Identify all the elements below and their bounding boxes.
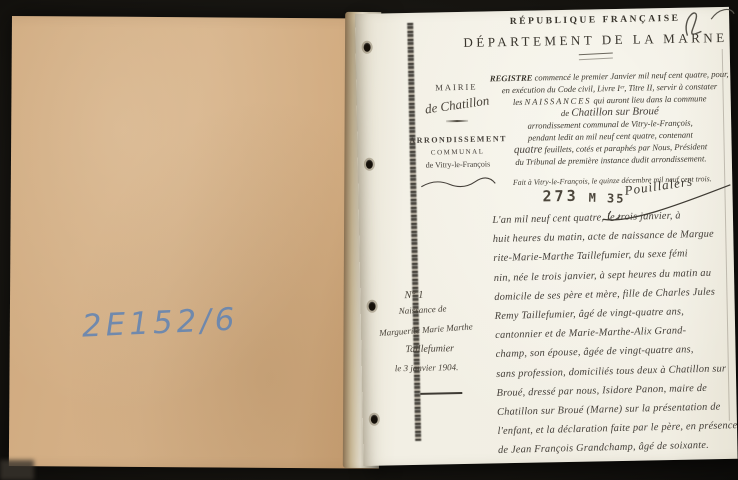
page-header: RÉPUBLIQUE FRANÇAISE DÉPARTEMENT DE LA M… [459, 13, 732, 62]
mairie-rule [446, 120, 468, 122]
margin-note-line: Taillefumier [405, 343, 454, 355]
feuillets-count-fill-in: quatre [514, 143, 543, 156]
register-title-page: RÉPUBLIQUE FRANÇAISE DÉPARTEMENT DE LA M… [355, 7, 738, 466]
photo-background: 2E152/6 RÉPUBLIQUE FRANÇAISE DÉPARTEMENT… [0, 0, 738, 480]
margin-note-line: Naissance de [398, 303, 446, 316]
binding-hole [369, 302, 376, 311]
archive-inventory-number: 2E152/6 [81, 302, 239, 345]
commune-handwritten: de Chatillon [424, 93, 490, 118]
flourish-rule [419, 176, 497, 189]
margin-end-rule [420, 392, 462, 395]
binding-hole [371, 415, 378, 424]
birth-act-text: L'an mil neuf cent quatre, le trois janv… [492, 205, 738, 460]
margin-note-line: Marguerite Marie Marthe [379, 321, 473, 338]
binding-hole [364, 43, 371, 52]
background-debris [0, 460, 34, 480]
registre-paragraph: REGISTRE commencé le premier Janvier mil… [488, 68, 732, 169]
register-cover: 2E152/6 [9, 16, 382, 469]
republic-title: RÉPUBLIQUE FRANÇAISE [459, 13, 731, 28]
act-number: N° 1 [404, 290, 423, 301]
binding-hole [366, 160, 373, 169]
naissances-word: NAISSANCES [525, 95, 592, 106]
header-rule [579, 52, 613, 60]
stamp-number: 273 [542, 187, 578, 206]
margin-note-line: le 3 janvier 1904. [395, 362, 459, 373]
department-title: DÉPARTEMENT DE LA MARNE [459, 30, 731, 51]
registre-word: REGISTRE [490, 73, 533, 84]
